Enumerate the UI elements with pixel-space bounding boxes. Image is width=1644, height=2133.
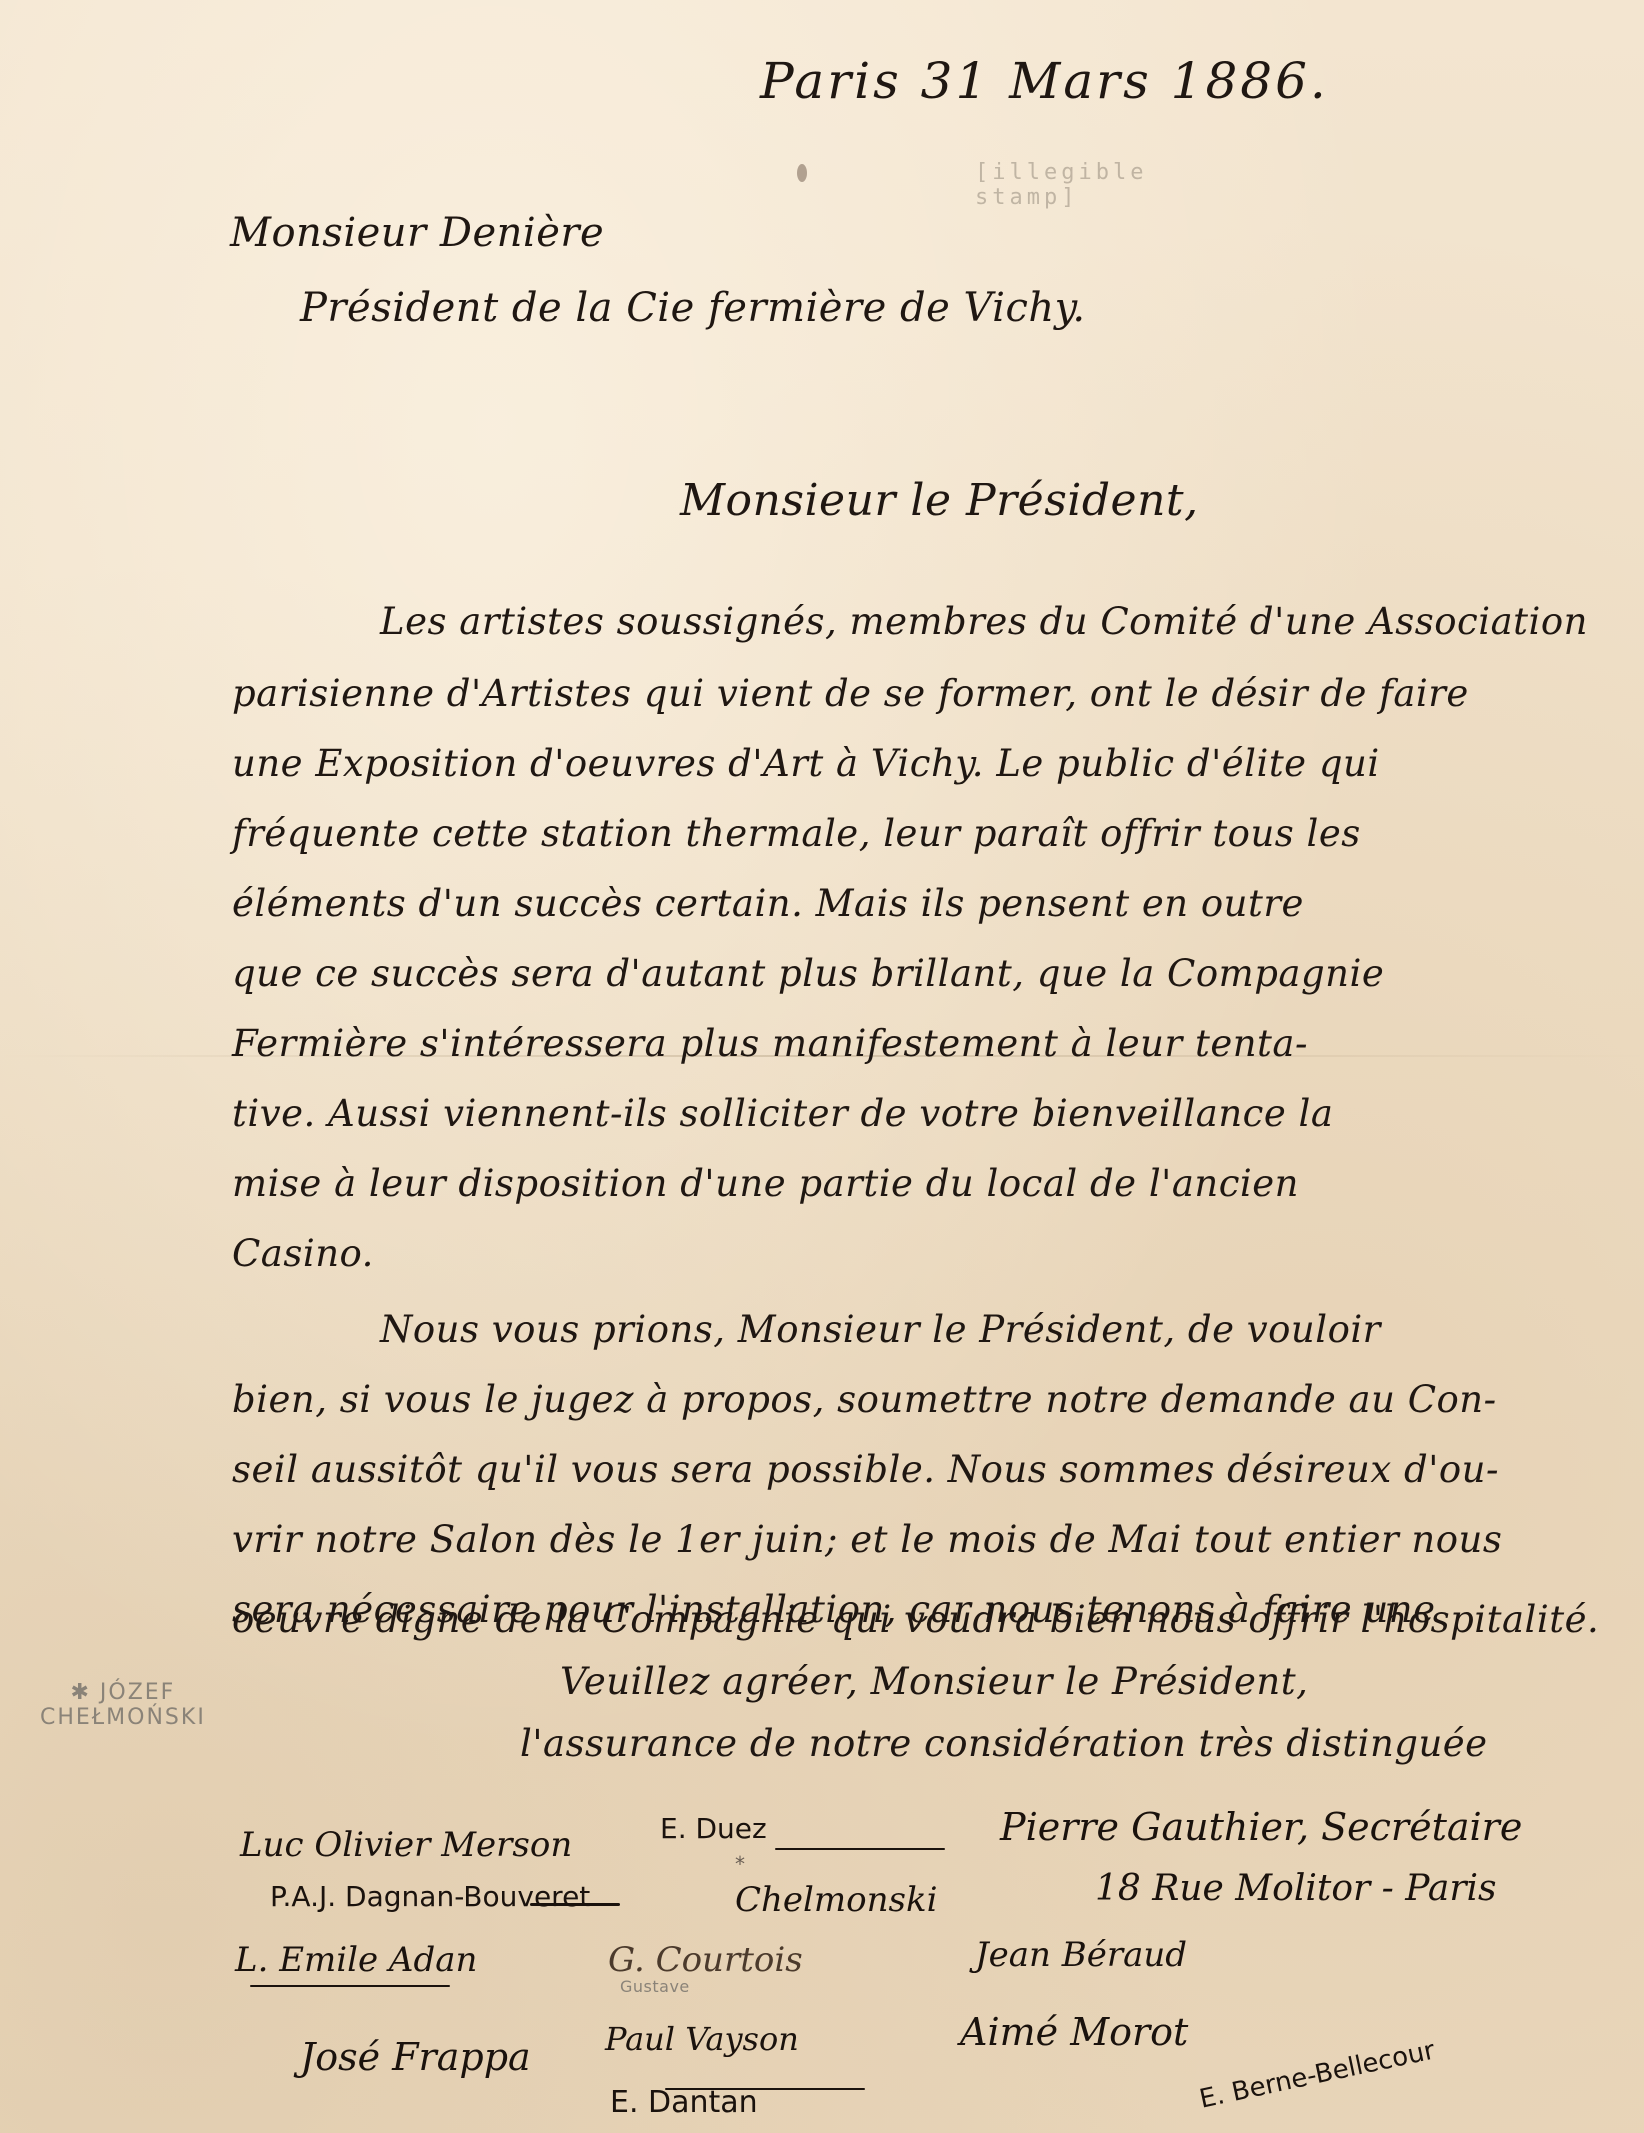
signature-gauthier: Pierre Gauthier, Secrétaire [1000, 1805, 1522, 1849]
body-line: tive. Aussi viennent-ils solliciter de v… [232, 1092, 1333, 1135]
body-line: parisienne d'Artistes qui vient de se fo… [232, 672, 1469, 715]
body-line: seil aussitôt qu'il vous sera possible. … [232, 1448, 1499, 1491]
signature-flourish [250, 1985, 450, 1987]
pencil-gustave: Gustave [620, 1978, 690, 1996]
faded-stamp: [illegible stamp] [975, 160, 1235, 205]
signature-dantan: E. Dantan [610, 2085, 758, 2120]
closing-line-2: l'assurance de notre considération très … [520, 1722, 1488, 1765]
signature-chelmonski: Chelmonski [735, 1880, 937, 1920]
ink-spot [797, 164, 807, 182]
pencil-annotation: ✱ JÓZEF CHEŁMOŃSKI [40, 1680, 206, 1731]
body-line-last: oeuvre digne de la Compagnie qui voudra … [232, 1598, 1599, 1641]
signature-vayson: Paul Vayson [605, 2020, 799, 2058]
body-line: bien, si vous le jugez à propos, soumett… [232, 1378, 1497, 1421]
body-line: Fermière s'intéressera plus manifestemen… [232, 1022, 1308, 1065]
asterisk-mark: * [735, 1852, 745, 1876]
signature-frappa: José Frappa [300, 2035, 531, 2079]
addressee-title: Président de la Cie fermière de Vichy. [300, 285, 1086, 331]
letter-page: [illegible stamp] Paris 31 Mars 1886. Mo… [0, 0, 1644, 2133]
signature-adan: L. Emile Adan [235, 1940, 477, 1980]
pencil-annotation-line1: ✱ JÓZEF [40, 1680, 206, 1705]
dateline: Paris 31 Mars 1886. [760, 52, 1329, 110]
signature-duez: E. Duez [660, 1812, 767, 1845]
body-line: Nous vous prions, Monsieur le Président,… [380, 1308, 1381, 1351]
signature-flourish [775, 1848, 945, 1850]
signature-gauthier-address: 18 Rue Molitor - Paris [1095, 1868, 1497, 1909]
pencil-annotation-line2: CHEŁMOŃSKI [40, 1705, 206, 1730]
signature-courtois: G. Courtois [608, 1940, 803, 1980]
body-line: fréquente cette station thermale, leur p… [232, 812, 1361, 855]
signature-strike [665, 2088, 865, 2090]
body-line: Casino. [232, 1232, 374, 1275]
closing-line-1: Veuillez agréer, Monsieur le Président, [560, 1660, 1308, 1703]
addressee-name: Monsieur Denière [230, 210, 604, 256]
body-line: vrir notre Salon dès le 1er juin; et le … [232, 1518, 1502, 1561]
signature-merson: Luc Olivier Merson [240, 1825, 572, 1865]
signature-morot: Aimé Morot [960, 2010, 1188, 2054]
salutation: Monsieur le Président, [680, 475, 1199, 526]
signature-beraud: Jean Béraud [975, 1935, 1187, 1975]
body-line: éléments d'un succès certain. Mais ils p… [232, 882, 1304, 925]
body-line: Les artistes soussignés, membres du Comi… [380, 600, 1588, 643]
body-line: que ce succès sera d'autant plus brillan… [232, 952, 1384, 995]
signature-berne-bellecour: E. Berne-Bellecour [1197, 2036, 1438, 2115]
body-line: une Exposition d'oeuvres d'Art à Vichy. … [232, 742, 1380, 785]
signature-dagnan-bouveret: P.A.J. Dagnan-Bouveret [270, 1880, 590, 1913]
signature-flourish [530, 1903, 620, 1906]
body-line: mise à leur disposition d'une partie du … [232, 1162, 1299, 1205]
